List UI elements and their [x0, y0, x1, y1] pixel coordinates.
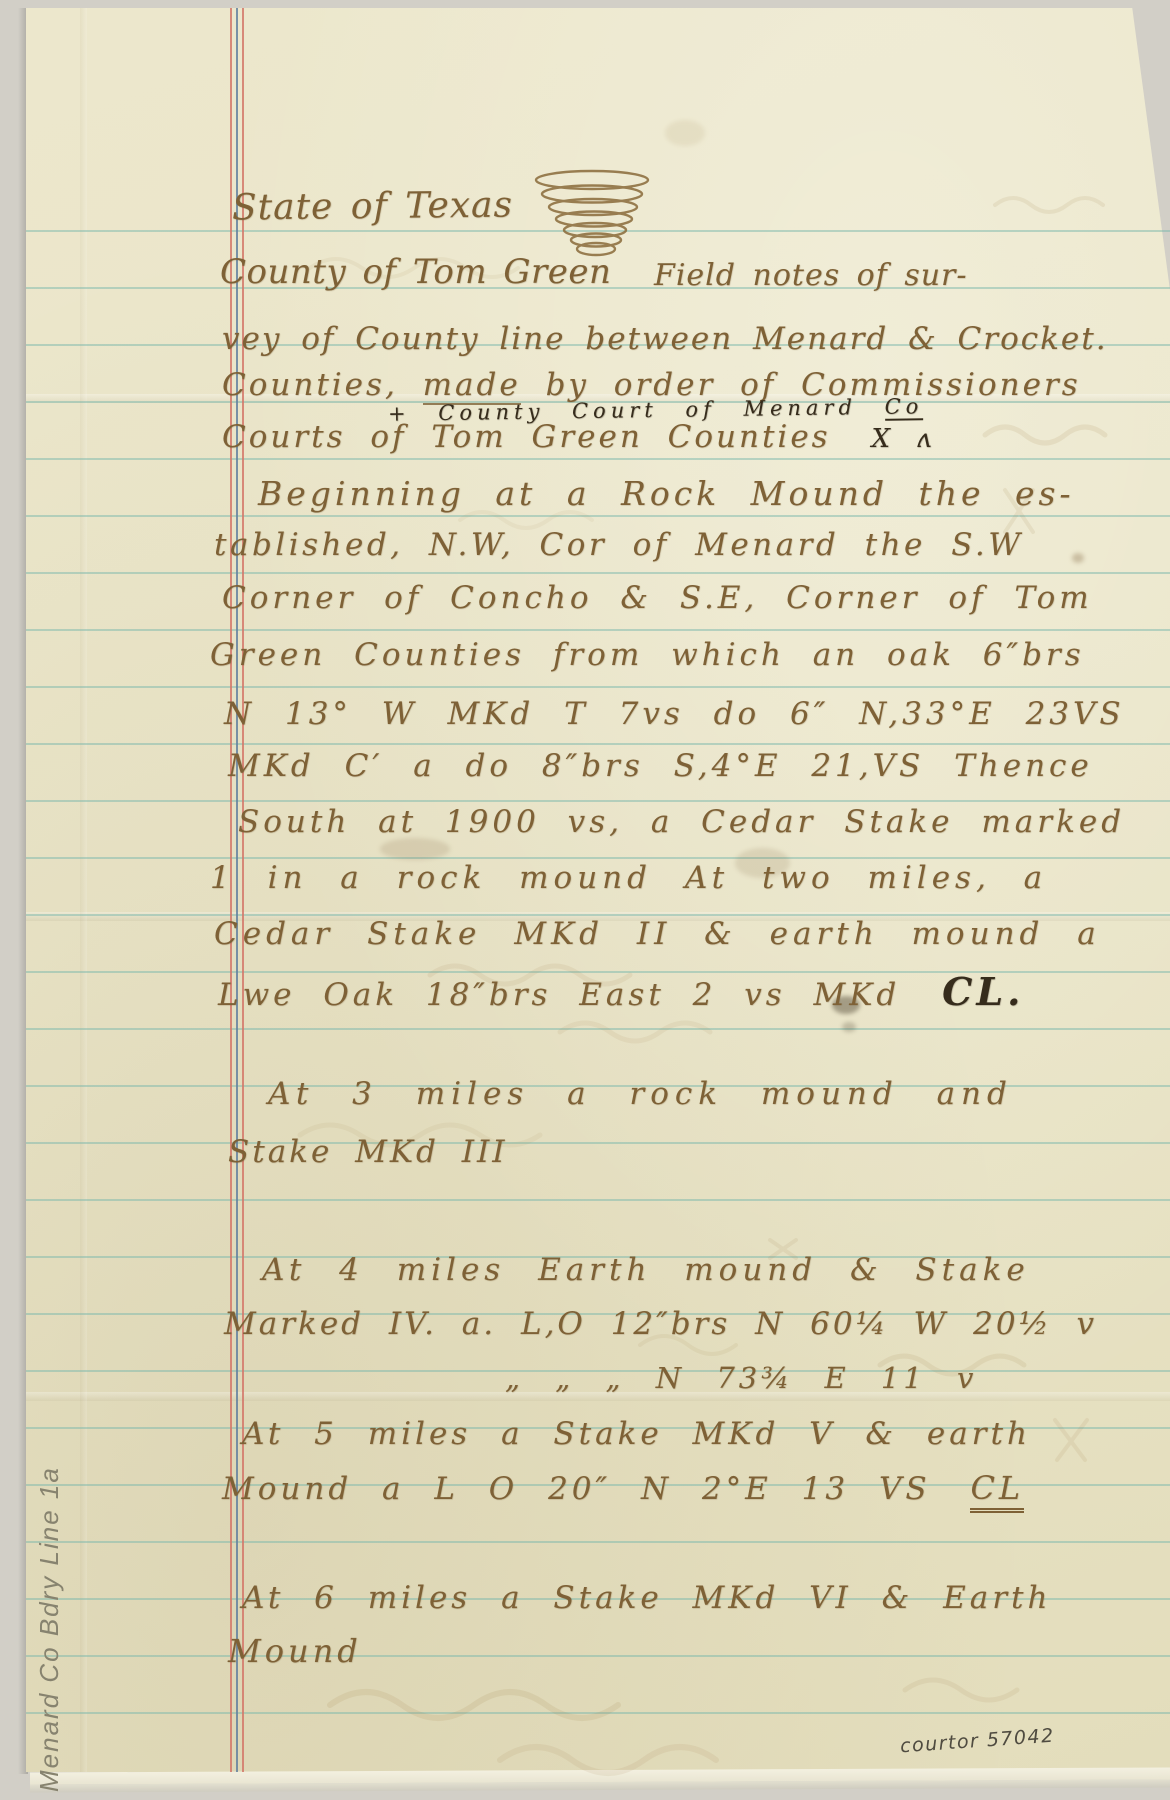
spiral-ink-flourish — [526, 168, 660, 264]
body-line-corner-concho: Corner of Concho & S.E, Corner of Tom — [222, 580, 1093, 616]
strike-and-caret-mark: X ʌ — [871, 424, 933, 454]
document-scan: State of Texas County of Tom Green Field… — [0, 0, 1170, 1800]
mile4-line2: Marked IV. a. L,O 12″brs N 60¼ W 20½ v — [224, 1306, 1097, 1342]
mile4-line1: At 4 miles Earth mound & Stake — [262, 1252, 1030, 1288]
mark-CL-underlined: CL — [970, 1469, 1024, 1513]
margin-note-vertical: Menard Co Bdry Line 1a — [34, 1322, 65, 1792]
body-line-mkd-c: MKd C′ a do 8″brs S,4°E 21,VS Thence — [228, 748, 1093, 784]
heading-state-line: State of Texas — [232, 185, 513, 229]
mile5-text: Mound a L O 20″ N 2°E 13 VS — [222, 1471, 960, 1507]
interlineation-co-underlined: Co — [884, 394, 923, 421]
title-line3-pre: Counties, — [222, 367, 423, 403]
heading-title-line4: Courts of Tom Green Counties X ʌ — [222, 419, 934, 455]
body-line-live-oak: Lwe Oak 18″brs East 2 vs MKd CL. — [218, 969, 1024, 1014]
body-line-beginning: Beginning at a Rock Mound the es- — [258, 474, 1075, 513]
mile3-line2: Stake MKd III — [228, 1134, 508, 1170]
body-line-tablished: tablished, N.W, Cor of Menard the S.W — [214, 527, 1024, 563]
heading-title-right: Field notes of sur- — [654, 258, 968, 293]
mile6-line1: At 6 miles a Stake MKd VI & Earth — [242, 1580, 1051, 1616]
mile5-line2: Mound a L O 20″ N 2°E 13 VS CL — [222, 1469, 1024, 1507]
mile3-line1: At 3 miles a rock mound and — [268, 1076, 1013, 1112]
courts-text: Courts of Tom Green Counties — [222, 419, 831, 455]
live-oak-text: Lwe Oak 18″brs East 2 vs MKd — [218, 977, 900, 1013]
mile6-line2: Mound — [228, 1632, 362, 1670]
heading-title-line2: vey of County line between Menard & Croc… — [222, 321, 1108, 357]
body-line-cedar-stake: Cedar Stake MKd II & earth mound a — [214, 916, 1101, 952]
mile5-line1: At 5 miles a Stake MKd V & earth — [242, 1416, 1031, 1452]
body-line-south-1900: South at 1900 vs, a Cedar Stake marked — [238, 804, 1125, 840]
body-line-rock-mound-two-miles: 1 in a rock mound At two miles, a — [210, 860, 1047, 896]
body-line-bearing-n13w: N 13° W MKd T 7vs do 6″ N,33°E 23VS — [224, 696, 1125, 732]
body-line-green-counties: Green Counties from which an oak 6″brs — [210, 637, 1085, 673]
mark-CL-dark: CL. — [942, 969, 1024, 1014]
mile4-ditto-line: „ „ „ N 73¾ E 11 v — [505, 1361, 977, 1395]
